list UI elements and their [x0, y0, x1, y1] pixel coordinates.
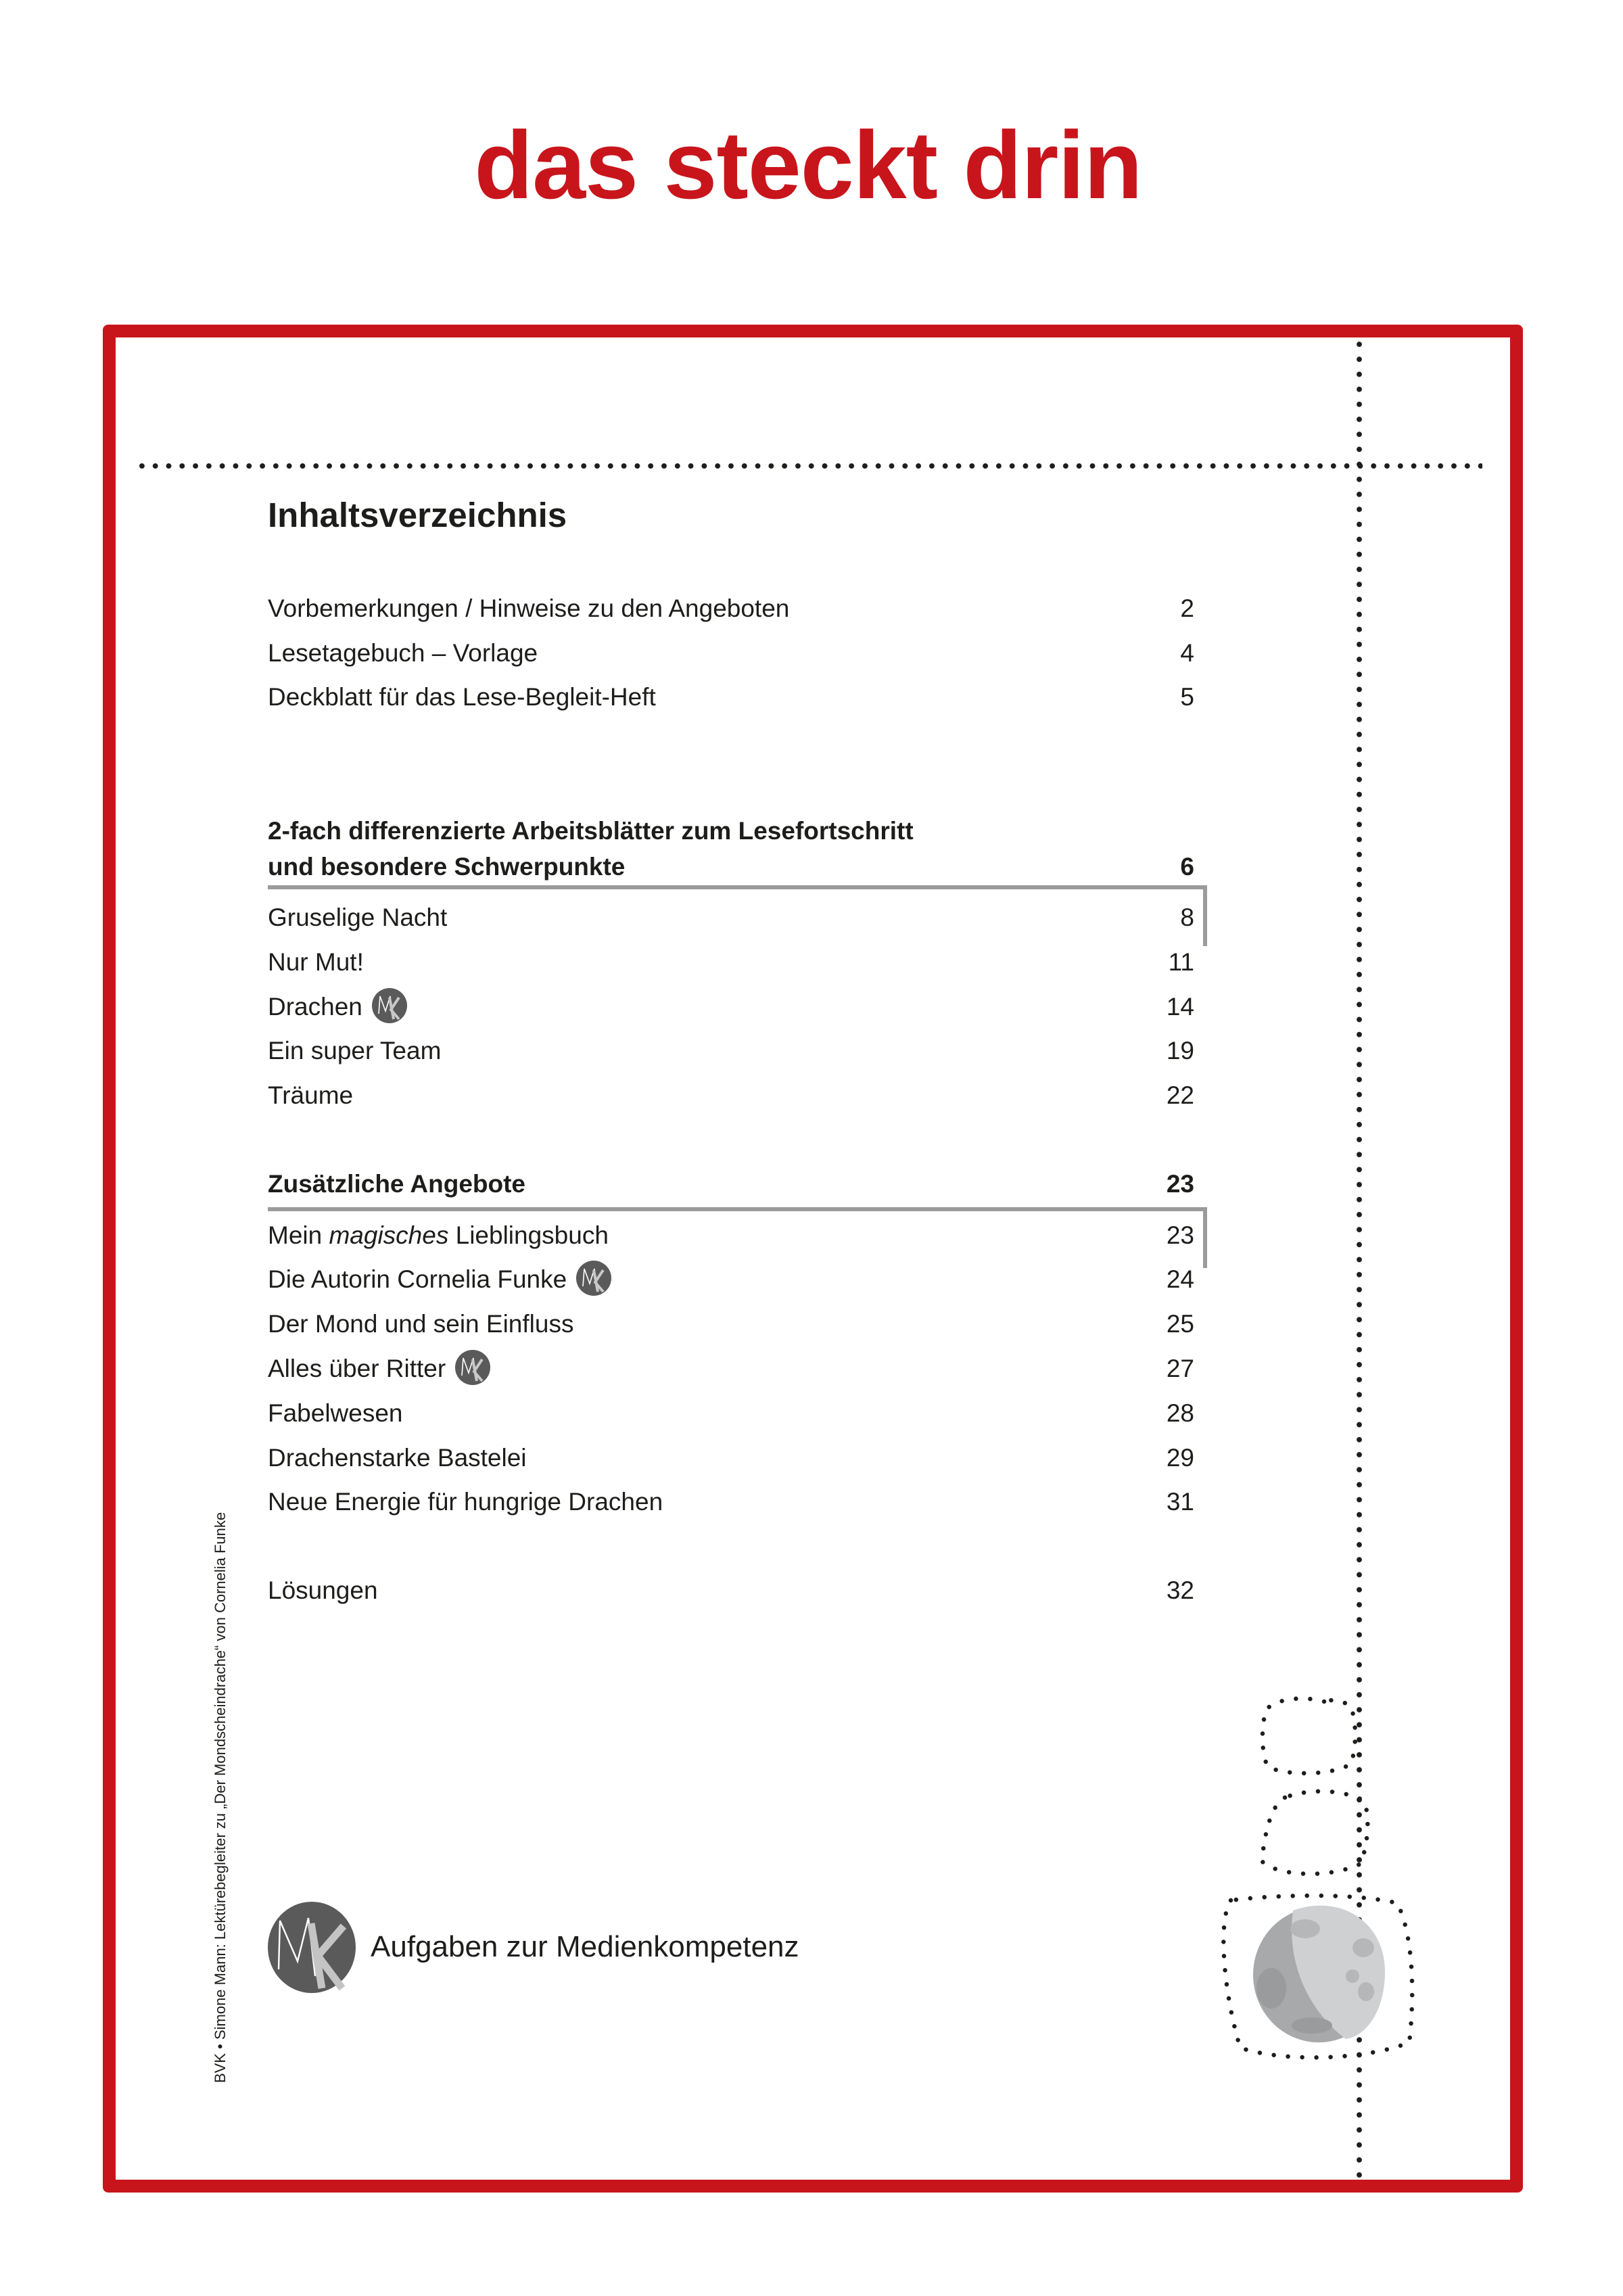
media-competence-icon	[268, 1902, 356, 1993]
media-competence-icon	[455, 1350, 490, 1385]
toc-entry-page: 19	[1167, 1034, 1194, 1068]
toc-entry-label: Träume	[268, 1079, 353, 1112]
toc-entry-label: Alles über Ritter	[268, 1352, 490, 1388]
toc-entry[interactable]: Vorbemerkungen / Hinweise zu den Angebot…	[268, 592, 1194, 626]
toc-entry-label: Mein magisches Lieblingsbuch	[268, 1219, 609, 1252]
legend-text: Aufgaben zur Medienkompetenz	[371, 1929, 799, 1965]
page-title: das steckt drin	[0, 108, 1616, 223]
toc-entry-page: 27	[1167, 1352, 1194, 1386]
toc-entry-label: Drachenstarke Bastelei	[268, 1441, 527, 1475]
toc-entry-label: Lösungen	[268, 1574, 378, 1608]
section-divider-hook	[1203, 1207, 1207, 1268]
moon-decoration	[1204, 1677, 1488, 2191]
toc-entry-page: 29	[1167, 1441, 1194, 1475]
toc-entry-page: 22	[1167, 1079, 1194, 1112]
toc-entry[interactable]: Der Mond und sein Einfluss 25	[268, 1307, 1194, 1341]
toc-entry[interactable]: Drachenstarke Bastelei 29	[268, 1441, 1194, 1475]
toc-entry-label: Drachen	[268, 990, 407, 1026]
toc-entry[interactable]: Lesetagebuch – Vorlage 4	[268, 636, 1194, 670]
section-page: 6	[1180, 850, 1194, 884]
toc-entry[interactable]: Nur Mut! 11	[268, 945, 1194, 979]
toc-entry-label: Gruselige Nacht	[268, 901, 447, 935]
toc-entry[interactable]: Deckblatt für das Lese-Begleit-Heft 5	[268, 680, 1194, 714]
toc-entry-page: 14	[1167, 990, 1194, 1024]
toc-entry-page: 8	[1180, 901, 1194, 935]
toc-entry-label: Fabelwesen	[268, 1397, 403, 1430]
media-competence-icon	[372, 988, 407, 1023]
side-credit: BVK • Simone Mann: Lektürebegleiter zu „…	[212, 1512, 229, 2083]
toc-entry[interactable]: Träume 22	[268, 1079, 1194, 1112]
media-competence-icon	[576, 1261, 611, 1296]
section-heading[interactable]: 2-fach differenzierte Arbeitsblätter zum…	[268, 814, 1194, 848]
section-title-line1: 2-fach differenzierte Arbeitsblätter zum…	[268, 814, 914, 848]
toc-entry[interactable]: Neue Energie für hungrige Drachen 31	[268, 1485, 1194, 1519]
section-title-line2: und besondere Schwerpunkte	[268, 850, 625, 884]
toc-entry-label: Vorbemerkungen / Hinweise zu den Angebot…	[268, 592, 789, 626]
toc-entry[interactable]: Gruselige Nacht 8	[268, 901, 1194, 935]
toc-entry[interactable]: Fabelwesen 28	[268, 1397, 1194, 1430]
toc-heading: Inhaltsverzeichnis	[268, 495, 567, 536]
toc-entry-label: Der Mond und sein Einfluss	[268, 1307, 573, 1341]
toc-entry-label: Nur Mut!	[268, 945, 364, 979]
toc-entry-page: 32	[1167, 1574, 1194, 1608]
toc-entry-page: 4	[1180, 636, 1194, 670]
toc-entry-page: 25	[1167, 1307, 1194, 1341]
toc-entry-page: 5	[1180, 680, 1194, 714]
toc-entry[interactable]: Die Autorin Cornelia Funke 24	[268, 1263, 1194, 1296]
toc-entry-page: 31	[1167, 1485, 1194, 1519]
toc-entry[interactable]: Drachen 14	[268, 990, 1194, 1024]
moon-icon	[1253, 1906, 1385, 2042]
section-divider	[268, 1207, 1207, 1211]
toc-entry-solutions[interactable]: Lösungen 32	[268, 1574, 1194, 1608]
toc-entry-label: Die Autorin Cornelia Funke	[268, 1263, 611, 1298]
section-page: 23	[1167, 1167, 1194, 1201]
toc-entry[interactable]: Alles über Ritter 27	[268, 1352, 1194, 1386]
toc-entry-page: 2	[1180, 592, 1194, 626]
section-heading[interactable]: und besondere Schwerpunkte 6	[268, 850, 1194, 884]
toc-entry[interactable]: Ein super Team 19	[268, 1034, 1194, 1068]
toc-entry[interactable]: Mein magisches Lieblingsbuch 23	[268, 1219, 1194, 1252]
dotted-divider-horizontal	[135, 463, 1482, 469]
toc-entry-page: 28	[1167, 1397, 1194, 1430]
section-divider	[268, 885, 1207, 889]
toc-entry-page: 24	[1167, 1263, 1194, 1296]
toc-entry-label: Neue Energie für hungrige Drachen	[268, 1485, 663, 1519]
toc-entry-page: 11	[1169, 945, 1194, 979]
toc-entry-label: Lesetagebuch – Vorlage	[268, 636, 538, 670]
section-divider-hook	[1203, 885, 1207, 946]
section-heading[interactable]: Zusätzliche Angebote 23	[268, 1167, 1194, 1201]
toc-entry-label: Deckblatt für das Lese-Begleit-Heft	[268, 680, 656, 714]
section-title: Zusätzliche Angebote	[268, 1167, 525, 1201]
toc-entry-page: 23	[1167, 1219, 1194, 1252]
toc-entry-label: Ein super Team	[268, 1034, 441, 1068]
